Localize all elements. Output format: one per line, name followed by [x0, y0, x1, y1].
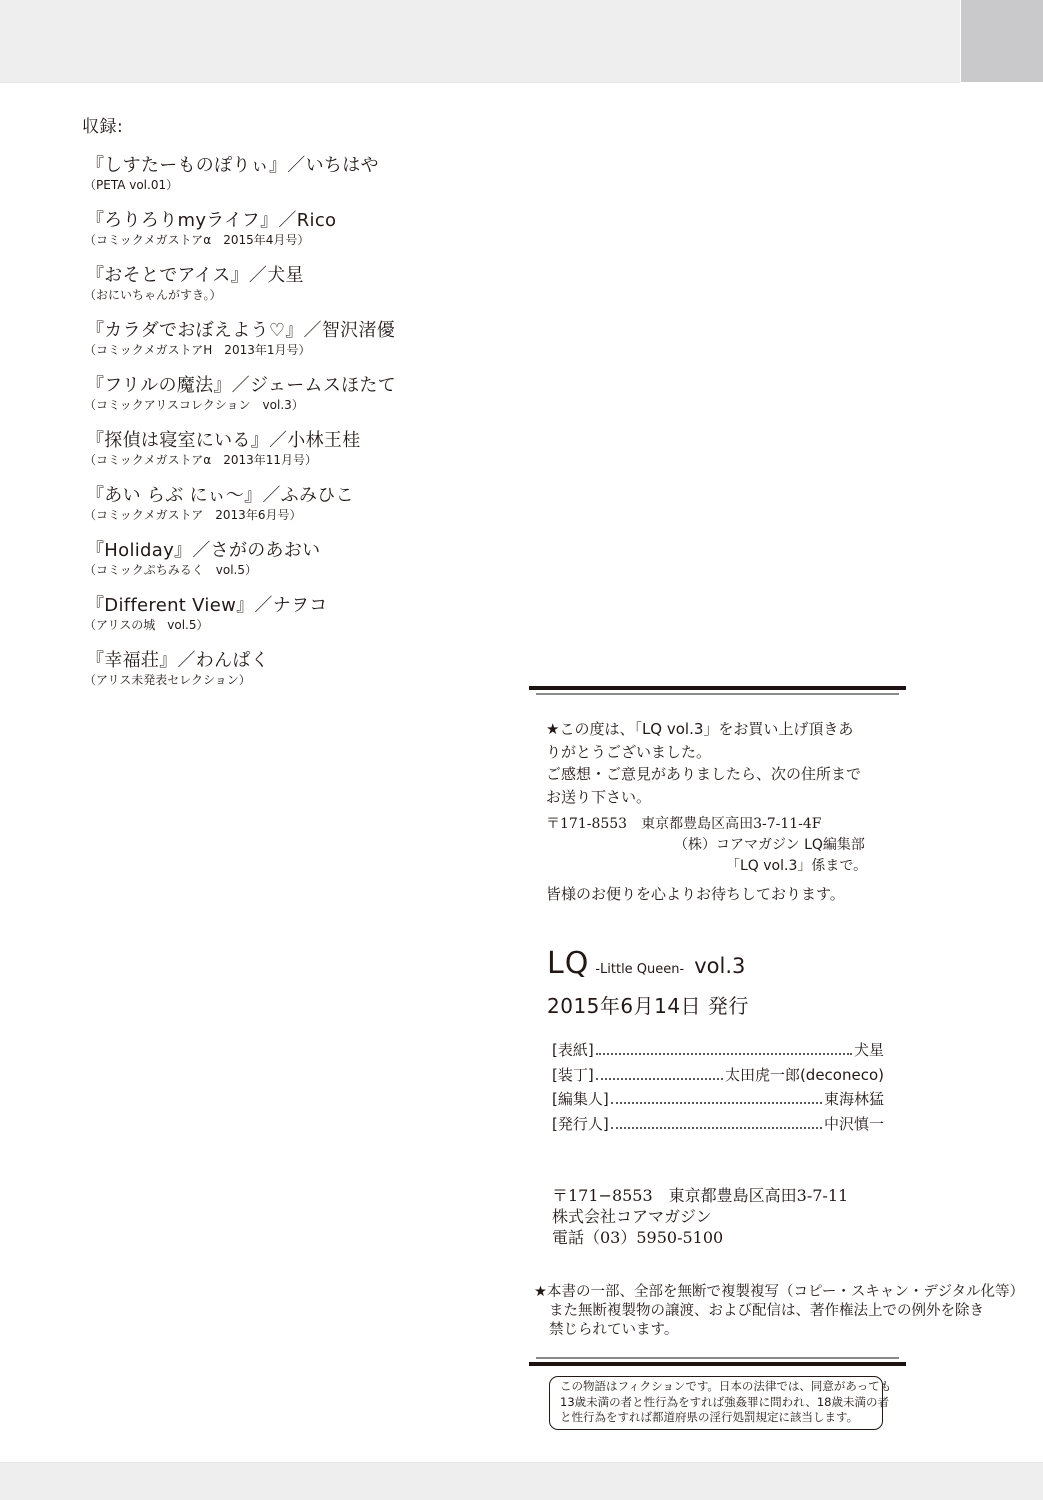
thanks-message: ★この度は、「LQ vol.3」をお買い上げ頂きあ りがとうございました。 ご感… — [546, 718, 906, 906]
entry-source: （コミックメガストア 2013年6月号） — [84, 507, 502, 523]
contents-list: 収録: 『しすたーものぽりぃ』／いちはや （PETA vol.01） 『ろりろり… — [82, 112, 502, 705]
publisher-address: 〒171−8553 東京都豊島区高田3-7-11 — [552, 1185, 848, 1206]
credit-name: 犬星 — [854, 1039, 884, 1060]
credit-name: 太田虎一郎(deconeco) — [725, 1064, 884, 1085]
leader-dots — [596, 1053, 852, 1055]
credit-role: [装丁] — [552, 1064, 594, 1085]
mailing-address: 〒171-8553 東京都豊島区高田3-7-11-4F （株）コアマガジン LQ… — [546, 814, 906, 877]
contents-entry: 『探偵は寝室にいる』／小林王桂 （コミックメガストアα 2013年11月号） — [86, 430, 502, 485]
entry-source: （アリス未発表セレクション） — [84, 672, 502, 688]
entry-source: （コミックメガストアα 2013年11月号） — [84, 452, 502, 468]
notice-line: この物語はフィクションです。日本の法律では、同意があっても — [560, 1379, 882, 1395]
credit-row: [表紙] 犬星 — [552, 1039, 884, 1064]
magazine-volume: vol.3 — [694, 954, 745, 978]
contents-entry: 『しすたーものぽりぃ』／いちはや （PETA vol.01） — [86, 155, 502, 210]
viewer-scroll-thumb[interactable] — [961, 0, 1043, 82]
contents-entry: 『フリルの魔法』／ジェームスほたて （コミックアリスコレクション vol.3） — [86, 375, 502, 430]
publisher-company: 株式会社コアマガジン — [552, 1206, 848, 1227]
issue-date: 2015年6月14日 発行 — [547, 990, 749, 1019]
publisher-info: 〒171−8553 東京都豊島区高田3-7-11 株式会社コアマガジン 電話（0… — [552, 1185, 848, 1248]
contents-entry: 『ろりろりmyライフ』／Rico （コミックメガストアα 2015年4月号） — [86, 210, 502, 265]
copyright-line: 禁じられています。 — [534, 1321, 1014, 1340]
credit-role: [発行人] — [552, 1113, 609, 1134]
leader-dots — [611, 1102, 822, 1104]
contents-entry: 『あい らぶ にぃ〜』／ふみひこ （コミックメガストア 2013年6月号） — [86, 485, 502, 540]
credit-row: [編集人] 東海林猛 — [552, 1088, 884, 1113]
divider-thin-top — [536, 693, 899, 695]
thanks-line: りがとうございました。 — [546, 741, 906, 764]
credit-row: [装丁] 太田虎一郎(deconeco) — [552, 1064, 884, 1089]
copyright-note: ★本書の一部、全部を無断で複製複写（コピー・スキャン・デジタル化等） また無断複… — [534, 1283, 1014, 1340]
contents-entry: 『Holiday』／さがのあおい （コミックぷちみるく vol.5） — [86, 540, 502, 595]
credit-row: [発行人] 中沢慎一 — [552, 1113, 884, 1138]
imprint-title: LQ-Little Queen-vol.3 — [547, 946, 745, 981]
leader-dots — [596, 1078, 723, 1080]
address-line: （株）コアマガジン LQ編集部 — [546, 835, 906, 856]
publisher-phone: 電話（03）5950-5100 — [552, 1227, 848, 1248]
thanks-closing: 皆様のお便りを心よりお待ちしております。 — [546, 883, 906, 906]
address-line: 「LQ vol.3」係まで。 — [546, 856, 906, 877]
credit-name: 中沢慎一 — [824, 1113, 884, 1134]
contents-heading: 収録: — [82, 112, 502, 137]
notice-line: と性行為をすれば都道府県の淫行処罰規定に該当します。 — [560, 1410, 882, 1426]
divider-thin-bottom — [536, 1357, 899, 1359]
divider-thick-top — [529, 686, 906, 690]
magazine-title: LQ — [547, 946, 589, 981]
thanks-line: ★この度は、「LQ vol.3」をお買い上げ頂きあ — [546, 718, 906, 741]
contents-entry: 『おそとでアイス』／犬星 （おにいちゃんがすき。） — [86, 265, 502, 320]
magazine-subtitle: -Little Queen- — [595, 962, 684, 977]
entry-source: （コミックメガストアα 2015年4月号） — [84, 232, 502, 248]
viewer-top-bar — [0, 0, 960, 83]
entry-title: 『しすたーものぽりぃ』／いちはや — [86, 155, 502, 177]
thanks-line: ご感想・ご意見がありましたら、次の住所まで — [546, 763, 906, 786]
entry-source: （コミックぷちみるく vol.5） — [84, 562, 502, 578]
staff-credits: [表紙] 犬星 [装丁] 太田虎一郎(deconeco) [編集人] 東海林猛 … — [552, 1039, 884, 1137]
fiction-notice: この物語はフィクションです。日本の法律では、同意があっても 13歳未満の者と性行… — [549, 1376, 883, 1430]
entry-title: 『Holiday』／さがのあおい — [86, 540, 502, 562]
entry-source: （PETA vol.01） — [84, 177, 502, 193]
entry-title: 『ろりろりmyライフ』／Rico — [86, 210, 502, 232]
contents-entry: 『カラダでおぼえよう♡』／智沢渚優 （コミックメガストアH 2013年1月号） — [86, 320, 502, 375]
address-line: 〒171-8553 東京都豊島区高田3-7-11-4F — [546, 814, 906, 835]
notice-line: 13歳未満の者と性行為をすれば強姦罪に問われ、18歳未満の者 — [560, 1395, 882, 1411]
leader-dots — [611, 1127, 822, 1129]
entry-source: （コミックメガストアH 2013年1月号） — [84, 342, 502, 358]
entry-source: （アリスの城 vol.5） — [84, 617, 502, 633]
entry-title: 『幸福荘』／わんぱく — [86, 650, 502, 672]
divider-thick-bottom — [529, 1362, 906, 1366]
entry-title: 『Different View』／ナヲコ — [86, 595, 502, 617]
entry-title: 『フリルの魔法』／ジェームスほたて — [86, 375, 502, 397]
copyright-line: ★本書の一部、全部を無断で複製複写（コピー・スキャン・デジタル化等） — [534, 1283, 1014, 1302]
credit-name: 東海林猛 — [824, 1088, 884, 1109]
credit-role: [編集人] — [552, 1088, 609, 1109]
credit-role: [表紙] — [552, 1039, 594, 1060]
copyright-line: また無断複製物の譲渡、および配信は、著作権法上での例外を除き — [534, 1302, 1014, 1321]
thanks-line: お送り下さい。 — [546, 786, 906, 809]
entry-title: 『探偵は寝室にいる』／小林王桂 — [86, 430, 502, 452]
contents-entry: 『Different View』／ナヲコ （アリスの城 vol.5） — [86, 595, 502, 650]
entry-source: （コミックアリスコレクション vol.3） — [84, 397, 502, 413]
entry-source: （おにいちゃんがすき。） — [84, 287, 502, 303]
entry-title: 『おそとでアイス』／犬星 — [86, 265, 502, 287]
entry-title: 『カラダでおぼえよう♡』／智沢渚優 — [86, 320, 502, 342]
contents-entry: 『幸福荘』／わんぱく （アリス未発表セレクション） — [86, 650, 502, 705]
entry-title: 『あい らぶ にぃ〜』／ふみひこ — [86, 485, 502, 507]
viewer-bottom-bar — [0, 1462, 1043, 1500]
